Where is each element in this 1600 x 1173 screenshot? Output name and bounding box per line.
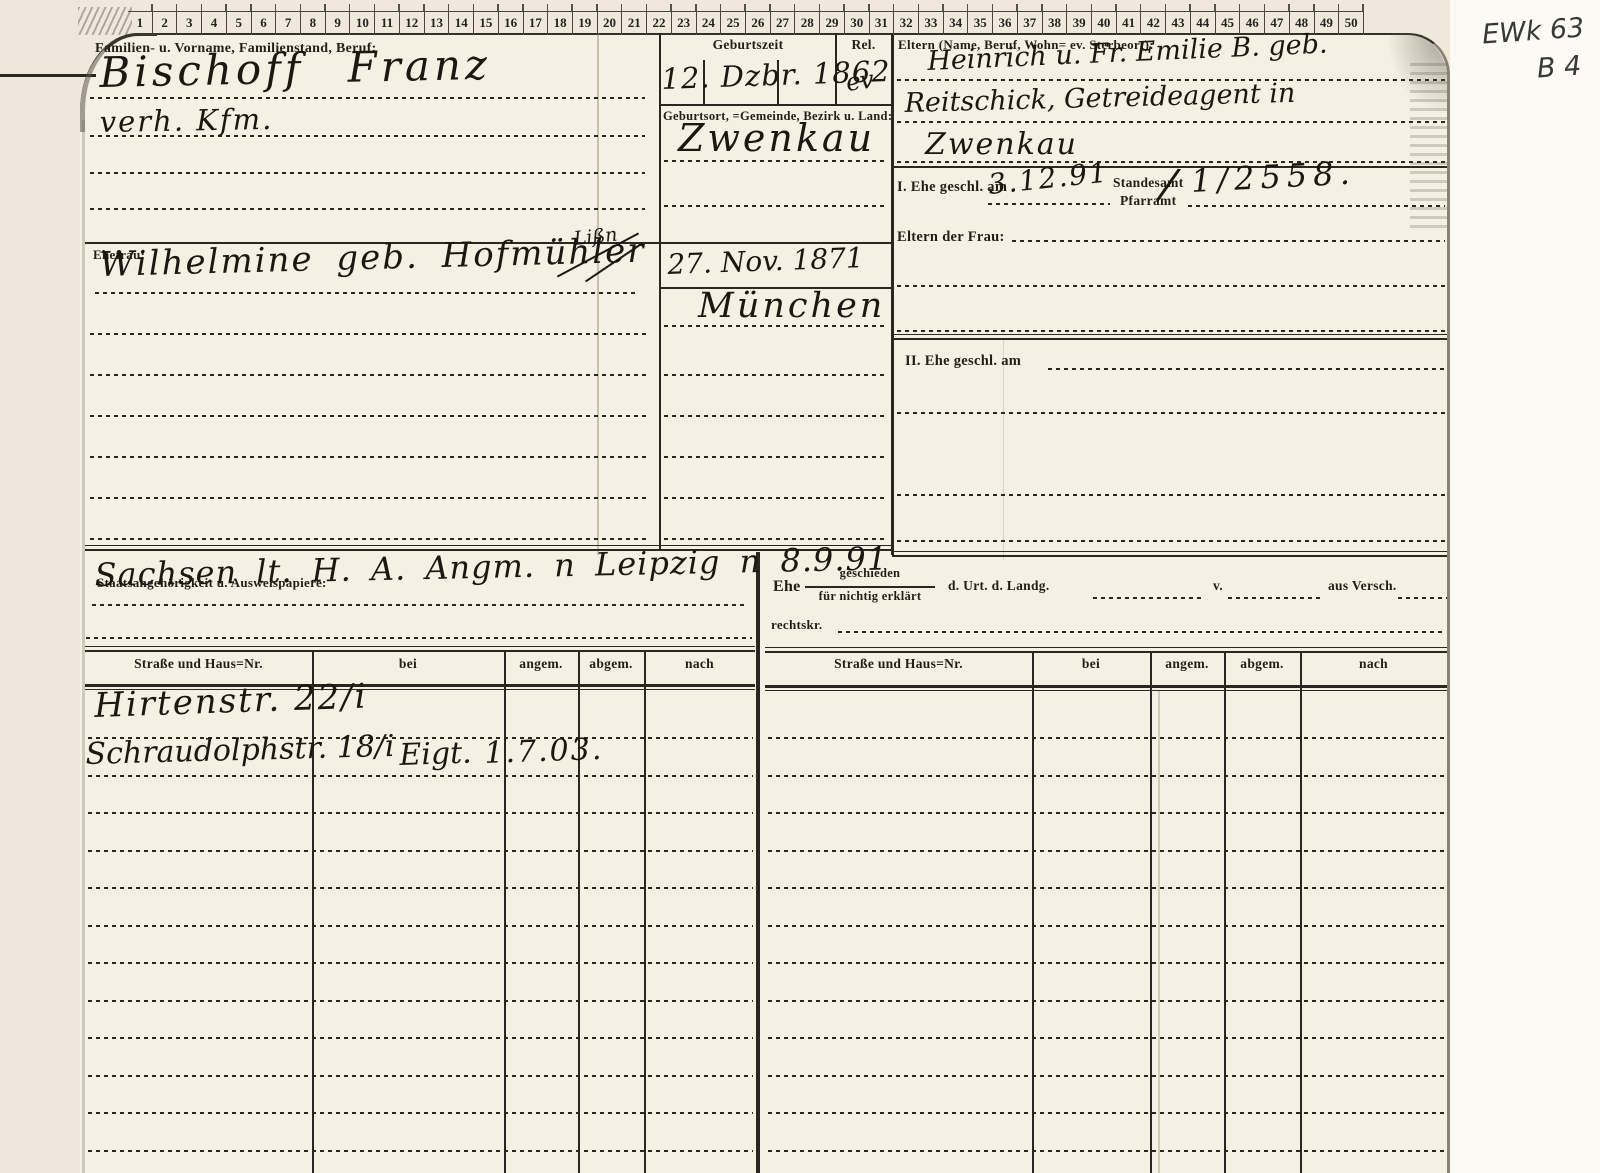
ruler-cell: 26: [746, 12, 771, 35]
left-table-header-street: Straße und Haus=Nr.: [85, 656, 312, 672]
dotted-entry-line: [897, 121, 1445, 123]
ruler-cell: 3: [177, 12, 202, 35]
ruler-cell: 41: [1117, 12, 1142, 35]
ruler-cell: 31: [870, 12, 895, 35]
form-rule-vertical: [1150, 651, 1152, 1173]
right-table-header-bei: bei: [1032, 656, 1150, 672]
dotted-entry-line: [897, 330, 1445, 332]
ruler-cell: 42: [1141, 12, 1166, 35]
ruler-cell: 36: [993, 12, 1018, 35]
religion-label: Rel.: [836, 37, 891, 53]
form-rule-horizontal: [892, 555, 1447, 557]
second-marriage-label: II. Ehe geschl. am: [905, 353, 1021, 370]
dotted-entry-line: [664, 160, 886, 162]
form-rule-vertical: [312, 650, 314, 1173]
ruler-cell: 9: [326, 12, 351, 35]
handwriting-address-2-bei: Eigt.: [399, 735, 472, 773]
handwriting-wife-birth-place: München: [698, 286, 885, 326]
dotted-entry-line: [88, 887, 753, 889]
form-rule-vertical: [756, 552, 760, 1173]
form-rule-horizontal: [85, 646, 755, 647]
ruler-cell: 18: [548, 12, 573, 35]
left-table-header-nach: nach: [644, 656, 755, 672]
dotted-entry-line: [86, 637, 752, 639]
dotted-entry-line: [90, 172, 645, 174]
dotted-entry-line: [988, 203, 1110, 205]
dotted-entry-line: [664, 205, 886, 207]
ruler-cell: 22: [647, 12, 672, 35]
ruler-cell: 21: [622, 12, 647, 35]
scan-edge-texture: [1410, 58, 1447, 228]
ruler-cell: 14: [449, 12, 474, 35]
ruler-cell: 2: [153, 12, 178, 35]
dotted-entry-line: [90, 208, 645, 210]
dotted-entry-line: [768, 1000, 1444, 1002]
form-rule-horizontal: [892, 334, 1447, 335]
ruler-cell: 13: [425, 12, 450, 35]
dotted-entry-line: [768, 775, 1444, 777]
ruler-cell: 23: [672, 12, 697, 35]
divorce-date-label: v.: [1213, 578, 1223, 594]
dotted-entry-line: [95, 292, 635, 294]
dotted-entry-line: [1398, 597, 1447, 599]
right-table-header-abgem: abgem.: [1224, 656, 1300, 672]
birth-time-label: Geburtszeit: [660, 37, 836, 53]
ruler-cell: 27: [771, 12, 796, 35]
form-rule-horizontal: [892, 551, 1447, 552]
dotted-entry-line: [88, 925, 753, 927]
dotted-entry-line: [897, 412, 1445, 414]
dotted-entry-line: [897, 285, 1445, 287]
ruler-cell: 35: [968, 12, 993, 35]
ruler-cell: 32: [894, 12, 919, 35]
handwriting-person-name: Bischoff Franz: [99, 40, 492, 97]
form-rule-horizontal: [892, 338, 1447, 340]
form-rule-vertical: [1032, 651, 1034, 1173]
dotted-entry-line: [90, 456, 650, 458]
ruler-cell: 20: [598, 12, 623, 35]
handwriting-birth-place: Zwenkau: [678, 116, 875, 160]
dotted-entry-line: [768, 1112, 1444, 1114]
dotted-entry-line: [768, 887, 1444, 889]
ruler-cell: 38: [1043, 12, 1068, 35]
ruler-cell: 29: [820, 12, 845, 35]
ruler-cell: 4: [202, 12, 227, 35]
paper-fold-crease: [1158, 690, 1160, 1173]
dotted-entry-line: [90, 497, 650, 499]
ruler-cell: 34: [944, 12, 969, 35]
scan-left-margin: [0, 0, 80, 1173]
dotted-entry-line: [88, 850, 753, 852]
column-ruler: 1234567891011121314151617181920212223242…: [128, 11, 1364, 35]
ruler-cell: 12: [400, 12, 425, 35]
dotted-entry-line: [664, 497, 888, 499]
ruler-cell: 6: [252, 12, 277, 35]
right-table-header-angem: angem.: [1150, 656, 1224, 672]
dotted-entry-line: [897, 494, 1445, 496]
ruler-cell: 39: [1067, 12, 1092, 35]
dotted-entry-line: [768, 812, 1444, 814]
ruler-cell: 30: [845, 12, 870, 35]
form-rule-horizontal: [0, 74, 96, 77]
scanned-registration-card: 1234567891011121314151617181920212223242…: [0, 0, 1600, 1173]
form-rule-horizontal: [660, 104, 891, 106]
ruler-cell: 43: [1166, 12, 1191, 35]
divorce-legal-label: rechtskr.: [771, 617, 822, 633]
scan-right-margin: [1450, 0, 1600, 1173]
form-rule-vertical: [1224, 651, 1226, 1173]
card-paper: [80, 33, 1450, 1173]
dotted-entry-line: [90, 538, 650, 540]
dotted-entry-line: [768, 962, 1444, 964]
form-rule-vertical: [659, 33, 661, 550]
dotted-entry-line: [1012, 240, 1445, 242]
dotted-entry-line: [88, 1000, 753, 1002]
divorce-source-label: aus Versch.: [1328, 578, 1397, 594]
divorce-option-annulled: für nichtig erklärt: [796, 589, 944, 604]
paper-fold-crease: [597, 33, 599, 555]
ruler-cell: 19: [573, 12, 598, 35]
archive-note-line2: B 4: [1536, 50, 1582, 84]
form-rule-vertical: [504, 650, 506, 1173]
dotted-entry-line: [1188, 205, 1445, 207]
dotted-entry-line: [1228, 597, 1320, 599]
form-rule-horizontal: [765, 685, 1447, 688]
dotted-entry-line: [1048, 368, 1445, 370]
ruler-cell: 33: [919, 12, 944, 35]
dotted-entry-line: [768, 1075, 1444, 1077]
form-rule-horizontal: [765, 647, 1447, 648]
ruler-cell: 40: [1092, 12, 1117, 35]
ruler-cell: 17: [524, 12, 549, 35]
form-rule-vertical: [578, 650, 580, 1173]
form-rule-vertical: [1300, 651, 1302, 1173]
dotted-entry-line: [88, 1112, 753, 1114]
left-table-header-angem: angem.: [504, 656, 578, 672]
ruler-cell: 50: [1339, 12, 1364, 35]
form-rule-horizontal: [85, 650, 755, 652]
handwriting-status-occupation: verh. Kfm.: [99, 102, 273, 139]
ruler-cell: 10: [350, 12, 375, 35]
dotted-entry-line: [768, 1037, 1444, 1039]
dotted-entry-line: [90, 374, 650, 376]
right-table-header-nach: nach: [1300, 656, 1447, 672]
ruler-cell: 1: [128, 12, 153, 35]
dotted-entry-line: [1093, 597, 1205, 599]
dotted-entry-line: [90, 415, 650, 417]
divorce-court-label: d. Urt. d. Landg.: [948, 578, 1050, 594]
ruler-cell: 11: [375, 12, 400, 35]
left-table-header-bei: bei: [312, 656, 504, 672]
form-rule-horizontal: [805, 586, 935, 588]
ruler-cell: 28: [795, 12, 820, 35]
dotted-entry-line: [664, 374, 888, 376]
form-rule-horizontal: [765, 651, 1447, 653]
ruler-cell: 37: [1018, 12, 1043, 35]
dotted-entry-line: [88, 962, 753, 964]
dotted-entry-line: [838, 631, 1445, 633]
form-rule-vertical: [644, 650, 646, 1173]
wife-parents-label: Eltern der Frau:: [897, 229, 1005, 246]
dotted-entry-line: [768, 737, 1444, 739]
dotted-entry-line: [664, 456, 888, 458]
left-table-header-abgem: abgem.: [578, 656, 644, 672]
dotted-entry-line: [88, 1075, 753, 1077]
dotted-entry-line: [90, 97, 645, 99]
handwriting-address-2-angem: 1.7.03.: [484, 732, 604, 771]
dotted-entry-line: [88, 1037, 753, 1039]
dotted-entry-line: [768, 925, 1444, 927]
dotted-entry-line: [88, 775, 753, 777]
ruler-cell: 25: [721, 12, 746, 35]
dotted-entry-line: [897, 540, 1445, 542]
form-rule-horizontal: [765, 690, 1447, 691]
ruler-cell: 44: [1191, 12, 1216, 35]
right-table-header-street: Straße und Haus=Nr.: [765, 656, 1032, 672]
dotted-entry-line: [88, 1150, 753, 1152]
dotted-entry-line: [90, 333, 650, 335]
ruler-cell: 5: [227, 12, 252, 35]
handwriting-wife-birth-date: 27. Nov. 1871: [667, 241, 864, 281]
ruler-cell: 24: [697, 12, 722, 35]
ruler-cell: 8: [301, 12, 326, 35]
ruler-cell: 16: [499, 12, 524, 35]
dotted-entry-line: [664, 415, 888, 417]
handwriting-religion: ev: [844, 65, 875, 97]
paper-fold-crease: [1003, 340, 1004, 560]
corner-hatch-marks: [78, 7, 132, 35]
ruler-cell: 15: [474, 12, 499, 35]
handwriting-parents-line3: Zwenkau: [925, 127, 1078, 162]
dotted-entry-line: [768, 850, 1444, 852]
dotted-entry-line: [768, 1150, 1444, 1152]
dotted-entry-line: [92, 604, 747, 606]
dotted-entry-line: [88, 812, 753, 814]
ruler-cell: 7: [276, 12, 301, 35]
